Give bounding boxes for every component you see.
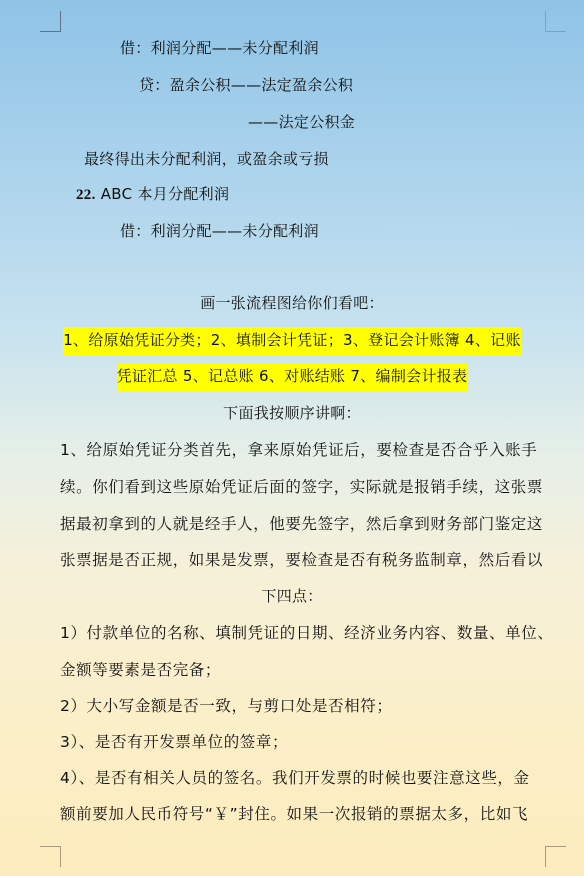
order-intro: 下面我按顺序讲啊： bbox=[0, 403, 584, 423]
point-line: 额前要加人民币符号“￥”封住。如果一次报销的票据太多，比如飞 bbox=[60, 804, 528, 824]
flowchart-steps-line-1: 1、给原始凭证分类；2、填制会计凭证；3、登记会计账簿 4、记账 bbox=[0, 330, 584, 350]
paragraph-line: 续。你们看到这些原始凭证后面的签字，实际就是报销手续，这张票 bbox=[60, 477, 543, 497]
point-line: 1）付款单位的名称、填制凭证的日期、经济业务内容、数量、单位、 bbox=[60, 623, 553, 643]
flowchart-intro: 画一张流程图给你们看吧： bbox=[0, 293, 584, 313]
page-corner-mark-top-left bbox=[40, 11, 61, 32]
journal-debit-line: 借：利润分配——未分配利润 bbox=[120, 38, 319, 58]
paragraph-line: 据最初拿到的人就是经手人，他要先签字，然后拿到财务部门鉴定这 bbox=[60, 514, 543, 534]
page-corner-mark-top-right bbox=[545, 11, 566, 32]
highlighted-text: 1、给原始凭证分类；2、填制会计凭证；3、登记会计账簿 4、记账 bbox=[63, 327, 521, 355]
journal-credit-sub-line: ——法定公积金 bbox=[248, 112, 355, 132]
summary-line: 最终得出未分配利润，或盈余或亏损 bbox=[84, 149, 329, 169]
point-line: 2）大小写金额是否一致，与剪口处是否相符； bbox=[60, 696, 392, 716]
flowchart-steps-line-2: 凭证汇总 5、记总账 6、对账结账 7、编制会计报表 bbox=[0, 366, 584, 386]
point-line: 4）、是否有相关人员的签名。我们开发票的时候也要注意这些，金 bbox=[60, 768, 530, 788]
item-title: ABC 本月分配利润 bbox=[101, 185, 230, 203]
paragraph-line: 张票据是否正规，如果是发票，要检查是否有税务监制章，然后看以 bbox=[60, 550, 543, 570]
paragraph-end-line: 下四点： bbox=[0, 586, 584, 606]
page-corner-mark-bottom-right bbox=[545, 846, 566, 867]
paragraph-line: 1、给原始凭证分类首先，拿来原始凭证后，要检查是否合乎入账手 bbox=[60, 440, 537, 460]
item-22-heading: 22. ABC 本月分配利润 bbox=[76, 184, 229, 205]
item-22-debit-line: 借：利润分配——未分配利润 bbox=[120, 221, 319, 241]
point-line: 3）、是否有开发票单位的签章； bbox=[60, 732, 288, 752]
item-number: 22. bbox=[76, 187, 96, 203]
page-corner-mark-bottom-left bbox=[40, 846, 61, 867]
point-line: 金额等要素是否完备； bbox=[60, 660, 221, 680]
highlighted-text: 凭证汇总 5、记总账 6、对账结账 7、编制会计报表 bbox=[117, 363, 468, 391]
journal-credit-line: 贷：盈余公积——法定盈余公积 bbox=[139, 75, 353, 95]
